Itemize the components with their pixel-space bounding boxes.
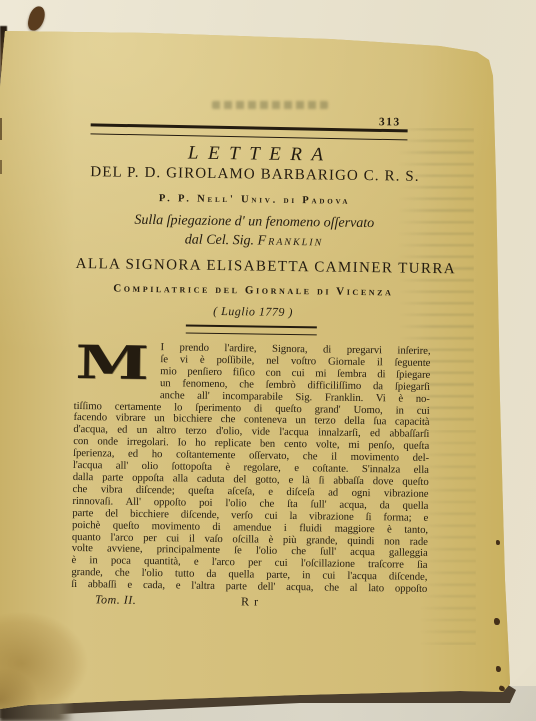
affiliation-line: P. P. Nell' Univ. di Padova xyxy=(77,192,433,208)
subject-line-2: dal Cel. Sig. Franklin xyxy=(76,231,432,252)
addressee-role-line: Compilatrice del Giornale di Vicenza xyxy=(75,282,431,299)
letter-body: M I prendo l'ardire, Signora, di pregarv… xyxy=(71,341,430,596)
addressee-line: ALLA SIGNORA ELISABETTA CAMINER TURRA xyxy=(76,256,432,278)
drop-cap-M: M xyxy=(75,339,149,386)
franklin-name: Franklin xyxy=(257,234,323,250)
book-photo-scene: 313 LETTERA DEL P. D. GIROLAMO BARBARIGO… xyxy=(0,0,536,721)
fore-edge-chip xyxy=(496,666,501,672)
fore-edge-chip xyxy=(494,618,500,625)
body-lines-full-width: tiſſimo certamente lo ſperimento di queſ… xyxy=(71,401,430,596)
subject-line-1: Sulla ſpiegazione d' un fenomeno oſſerva… xyxy=(76,212,432,233)
date-line: ( Luglio 1779 ) xyxy=(75,302,431,322)
edge-speck xyxy=(0,118,2,140)
page-number: 313 xyxy=(379,116,401,128)
printed-text-block: 313 LETTERA DEL P. D. GIROLAMO BARBARIGO… xyxy=(70,100,434,645)
signature-mark: R r xyxy=(241,594,259,609)
header-double-rule xyxy=(90,123,407,140)
author-line: DEL P. D. GIROLAMO BARBARIGO C. R. S. xyxy=(77,164,433,186)
section-double-rule xyxy=(186,325,317,336)
volume-label: Tom. II. xyxy=(95,592,136,608)
subject-line-2-prefix: dal Cel. Sig. xyxy=(185,233,258,249)
edge-speck xyxy=(0,160,2,174)
fore-edge-chip xyxy=(496,540,500,545)
book-page: 313 LETTERA DEL P. D. GIROLAMO BARBARIGO… xyxy=(0,0,536,721)
body-lines-beside-dropcap: I prendo l'ardire, Signora, di pregarvi … xyxy=(160,342,431,405)
